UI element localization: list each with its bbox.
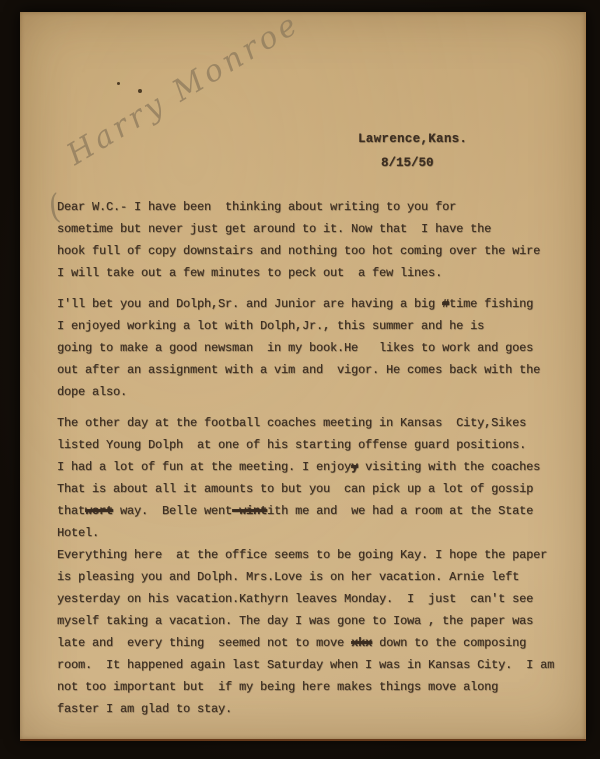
struck-text: wort <box>85 504 113 518</box>
typewritten-line: hook full of copy downstairs and nothing… <box>57 240 554 262</box>
scan-background: Harry Monroe ( Lawrence,Kans. 8/15/50 De… <box>0 0 600 759</box>
text-segment: going to make a good newsman in my book.… <box>57 341 533 355</box>
typewritten-line: I enjoyed working a lot with Dolph,Jr., … <box>57 315 554 337</box>
typewritten-line: Dear W.C.- I have been thinking about wr… <box>57 196 554 218</box>
text-segment: myself taking a vacation. The day I was … <box>57 614 533 628</box>
paragraph: Dear W.C.- I have been thinking about wr… <box>57 196 554 284</box>
paper-speck <box>138 89 142 93</box>
typewritten-line: I had a lot of fun at the meeting. I enj… <box>57 456 554 478</box>
letter-body: Dear W.C.- I have been thinking about wr… <box>57 196 554 720</box>
text-segment: Dear W.C.- I have been thinking about wr… <box>57 200 456 214</box>
paper-speck <box>117 82 120 85</box>
dateline-place: Lawrence,Kans. <box>358 132 467 146</box>
typewritten-line: dope also. <box>57 381 554 403</box>
struck-text: xkx <box>351 636 372 650</box>
typewritten-line: not too important but if my being here m… <box>57 676 554 698</box>
typewritten-line: I will take out a few minutes to peck ou… <box>57 262 554 284</box>
text-segment: down to the composing <box>372 636 526 650</box>
text-segment: not too important but if my being here m… <box>57 680 498 694</box>
typewritten-line: listed Young Dolph at one of his startin… <box>57 434 554 456</box>
typewritten-line: going to make a good newsman in my book.… <box>57 337 554 359</box>
typewritten-line: late and every thing seemed not to move … <box>57 632 554 654</box>
typewritten-line: out after an assignment with a vim and v… <box>57 359 554 381</box>
typewritten-line: yesterday on his vacation.Kathyrn leaves… <box>57 588 554 610</box>
handwritten-annotation: Harry Monroe <box>61 14 293 173</box>
text-segment: faster I am glad to stay. <box>57 702 232 716</box>
text-segment: dope also. <box>57 385 127 399</box>
paragraph: The other day at the football coaches me… <box>57 412 554 720</box>
typewritten-line: is pleasing you and Dolph. Mrs.Love is o… <box>57 566 554 588</box>
text-segment: ith me and we had a room at the State <box>267 504 533 518</box>
typewritten-line: sometime but never just get around to it… <box>57 218 554 240</box>
text-segment: I'll bet you and Dolph,Sr. and Junior ar… <box>57 297 442 311</box>
typewritten-line: The other day at the football coaches me… <box>57 412 554 434</box>
text-segment: room. It happened again last Saturday wh… <box>57 658 554 672</box>
typewritten-line: Hotel. <box>57 522 554 544</box>
text-segment: Hotel. <box>57 526 99 540</box>
text-segment: yesterday on his vacation.Kathyrn leaves… <box>57 592 533 606</box>
text-segment: hook full of copy downstairs and nothing… <box>57 244 540 258</box>
text-segment: out after an assignment with a vim and v… <box>57 363 540 377</box>
text-segment: is pleasing you and Dolph. Mrs.Love is o… <box>57 570 519 584</box>
text-segment: The other day at the football coaches me… <box>57 416 526 430</box>
text-segment: that <box>57 504 85 518</box>
typewritten-line: thatwort way. Belle went-wintith me and … <box>57 500 554 522</box>
struck-text: -wint <box>232 504 267 518</box>
typewritten-line: faster I am glad to stay. <box>57 698 554 720</box>
text-segment: I will take out a few minutes to peck ou… <box>57 266 442 280</box>
text-segment: way. Belle went <box>113 504 232 518</box>
text-segment: I enjoyed working a lot with Dolph,Jr., … <box>57 319 484 333</box>
typewritten-line: I'll bet you and Dolph,Sr. and Junior ar… <box>57 293 554 315</box>
paragraph: I'll bet you and Dolph,Sr. and Junior ar… <box>57 293 554 403</box>
text-segment: Everything here at the office seems to b… <box>57 548 547 562</box>
text-segment: late and every thing seemed not to move <box>57 636 351 650</box>
letter-paper: Harry Monroe ( Lawrence,Kans. 8/15/50 De… <box>20 12 586 739</box>
text-segment: time fishing <box>449 297 533 311</box>
typewritten-line: myself taking a vacation. The day I was … <box>57 610 554 632</box>
text-segment: listed Young Dolph at one of his startin… <box>57 438 526 452</box>
dateline-date: 8/15/50 <box>381 156 434 170</box>
text-segment: That is about all it amounts to but you … <box>57 482 533 496</box>
typewritten-line: Everything here at the office seems to b… <box>57 544 554 566</box>
typewritten-line: That is about all it amounts to but you … <box>57 478 554 500</box>
text-segment: visiting with the coaches <box>358 460 540 474</box>
text-segment: sometime but never just get around to it… <box>57 222 491 236</box>
text-segment: I had a lot of fun at the meeting. I enj… <box>57 460 351 474</box>
typewritten-line: room. It happened again last Saturday wh… <box>57 654 554 676</box>
